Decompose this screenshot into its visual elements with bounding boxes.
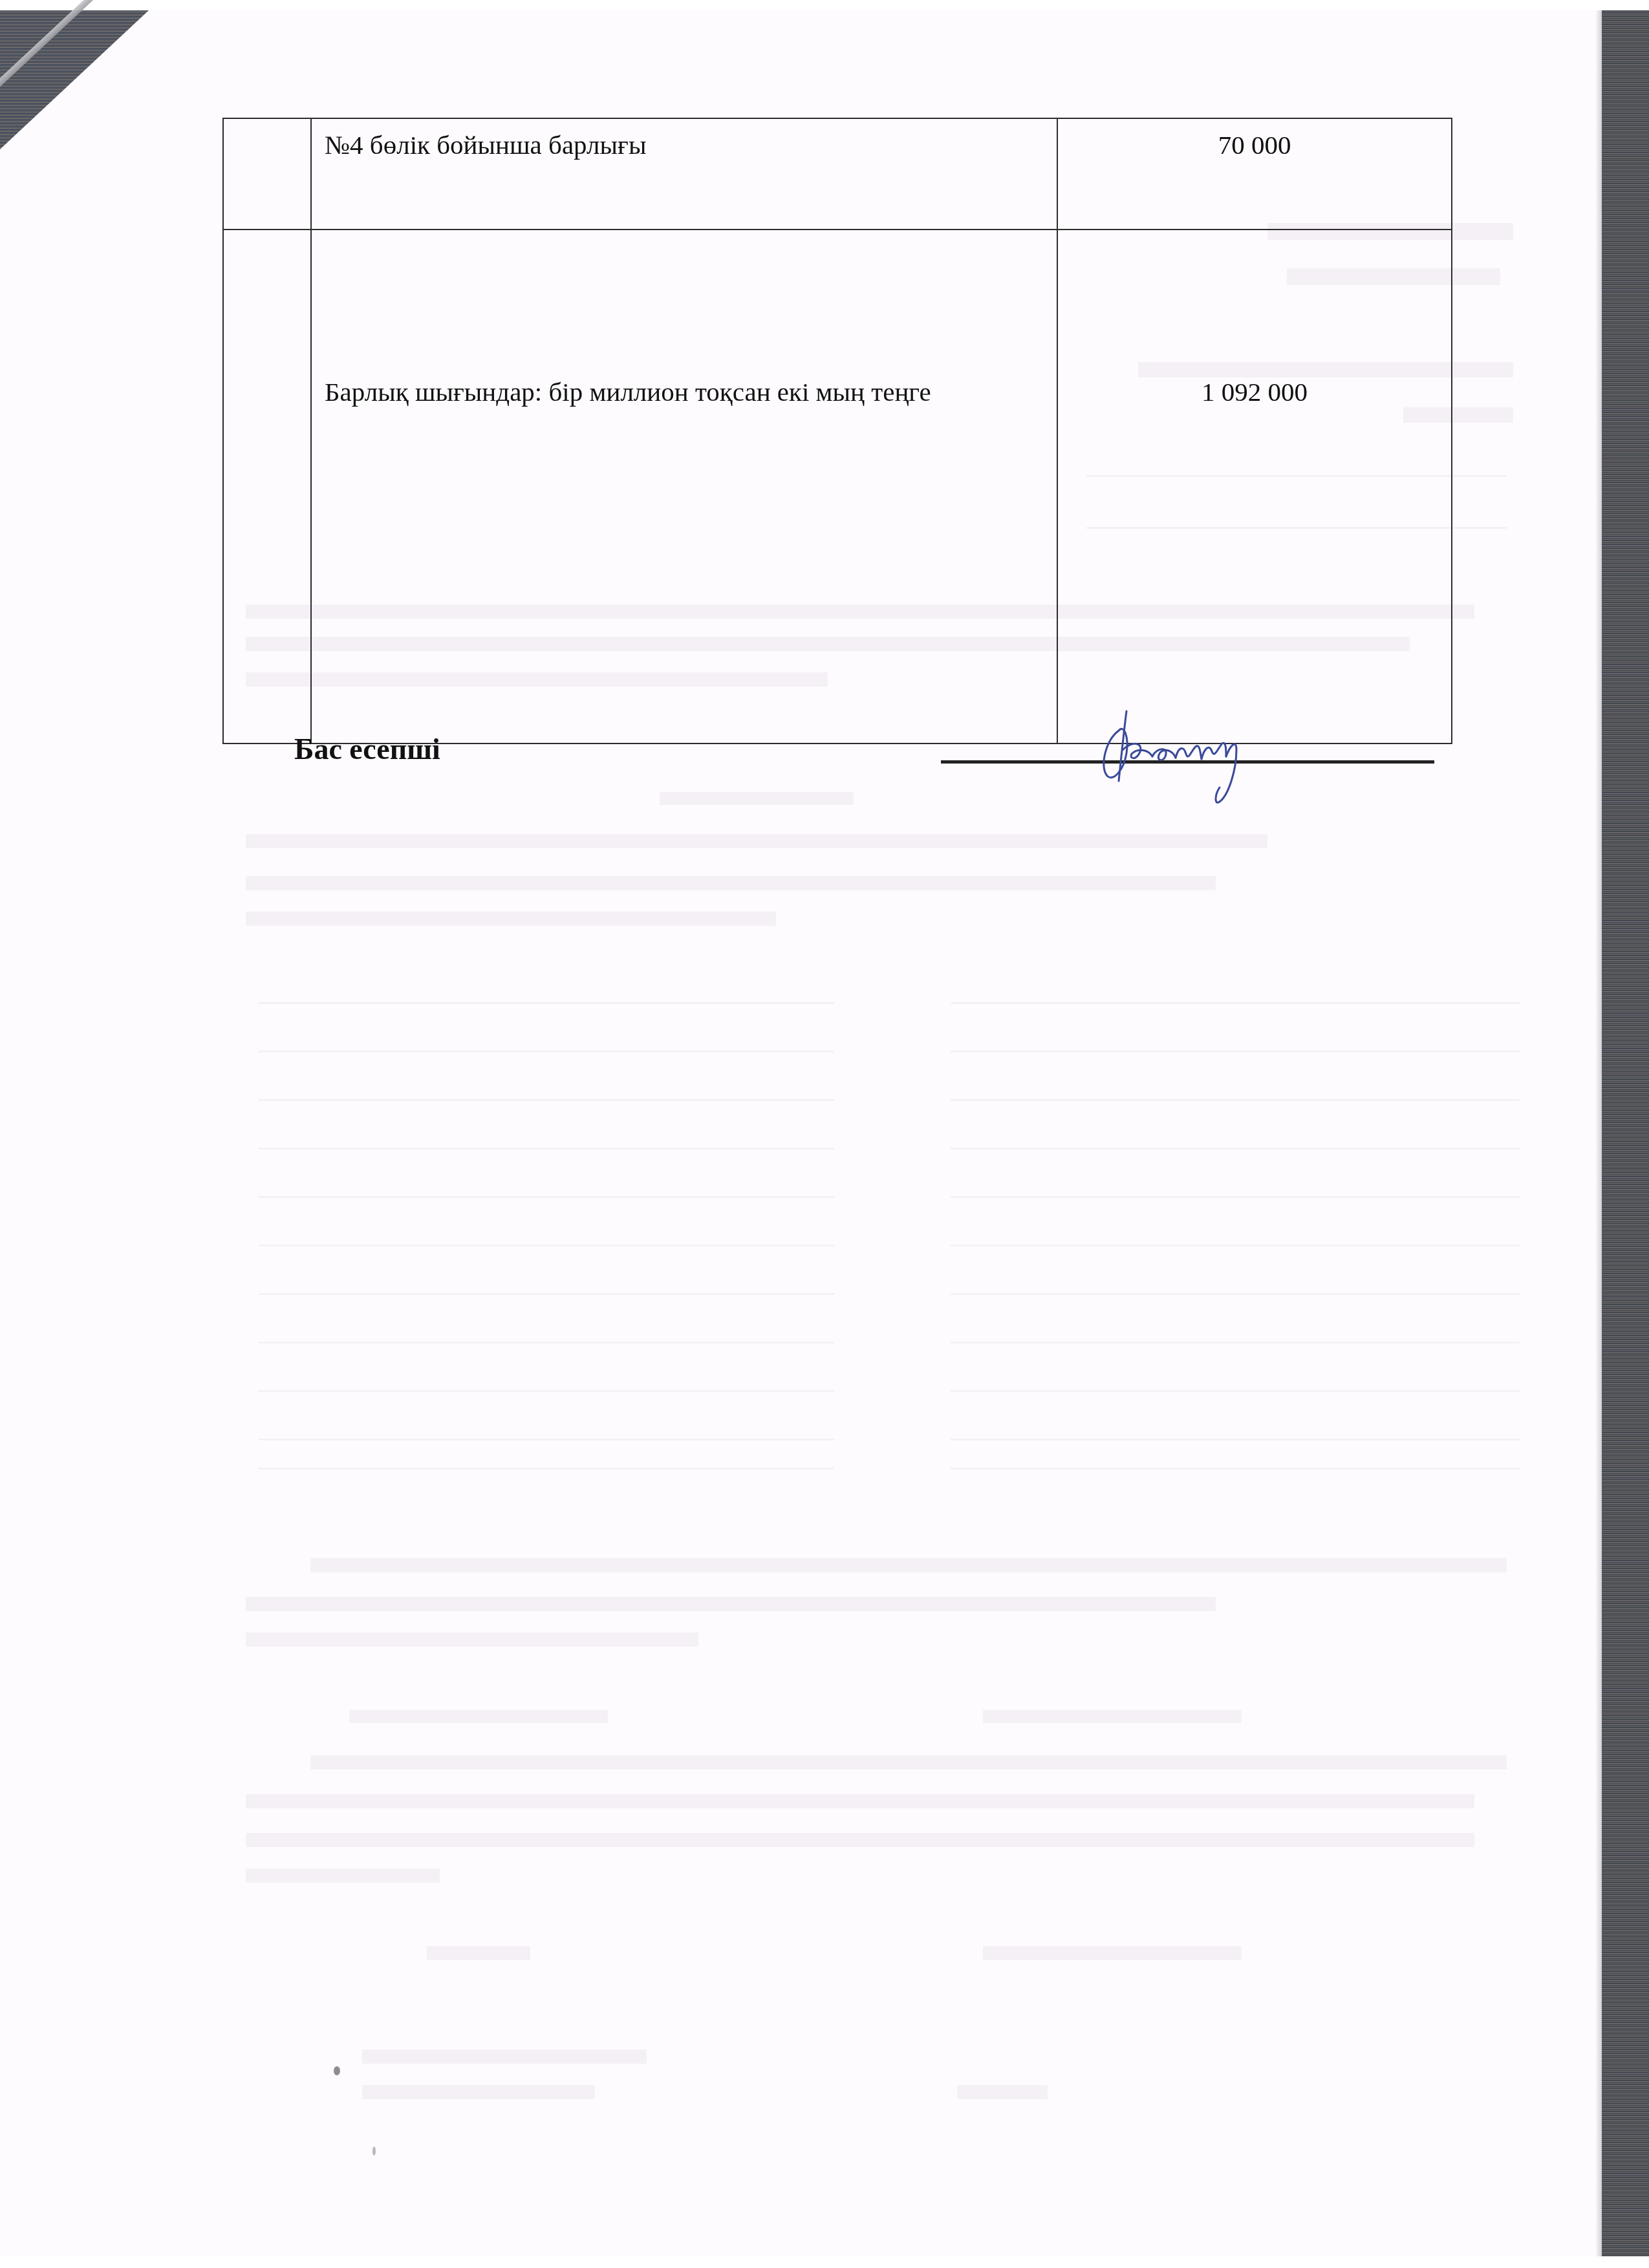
- expense-summary-table: №4 бөлік бойынша барлығы 70 000 Барлық ш…: [222, 118, 1452, 744]
- total-amount-cell: 1 092 000: [1057, 230, 1452, 744]
- table-row: Барлық шығындар: бір миллион тоқсан екі …: [223, 230, 1452, 744]
- chief-accountant-label: Бас есепші: [294, 732, 440, 766]
- row-number-cell: [223, 230, 311, 744]
- scan-speck: [372, 2146, 376, 2156]
- scan-speck: [334, 2066, 340, 2075]
- row-description-cell: №4 бөлік бойынша барлығы: [311, 118, 1057, 230]
- row-amount-cell: 70 000: [1057, 118, 1452, 230]
- scanner-edge-strip: [1602, 10, 1649, 2256]
- total-description-cell: Барлық шығындар: бір миллион тоқсан екі …: [311, 230, 1057, 744]
- row-number-cell: [223, 118, 311, 230]
- handwritten-signature: [1093, 705, 1287, 808]
- table-row: №4 бөлік бойынша барлығы 70 000: [223, 118, 1452, 230]
